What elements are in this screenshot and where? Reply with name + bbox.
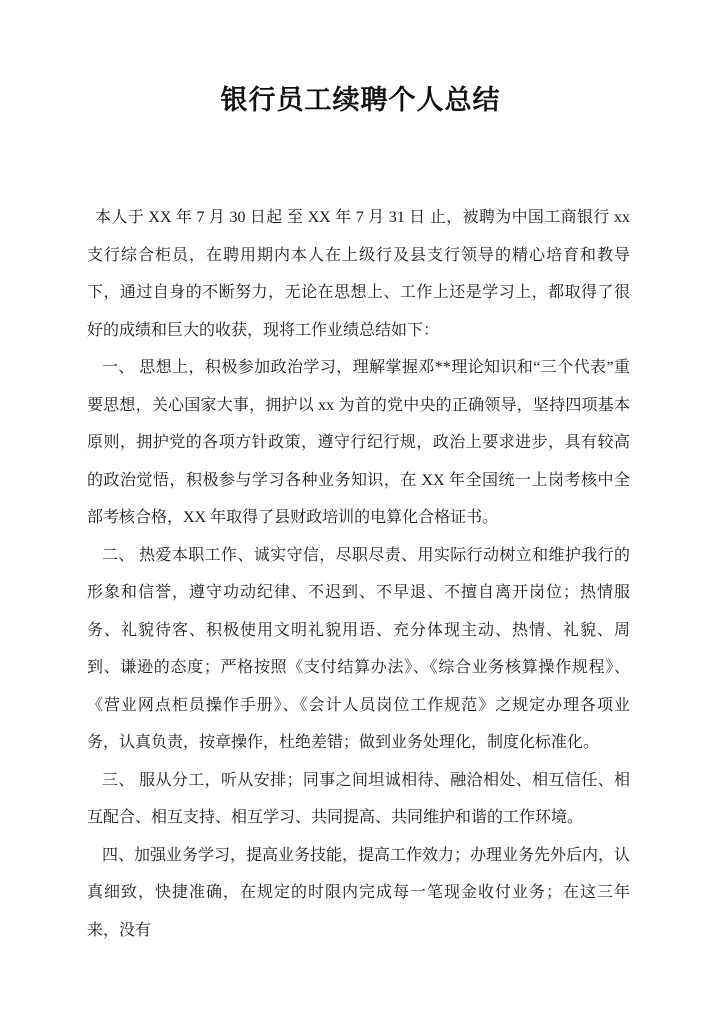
document-body: 本人于 XX 年 7 月 30 日起 至 XX 年 7 月 31 日 止，被聘为…: [87, 199, 630, 949]
paragraph-item-1: 一、 思想上，积极参加政治学习，理解掌握邓**理论知识和“三个代表”重要思想，关…: [87, 349, 630, 537]
paragraph-item-2: 二、 热爱本职工作、诚实守信，尽职尽责、用实际行动树立和维护我行的形象和信誉，遵…: [87, 537, 630, 762]
paragraph-item-3: 三、 服从分工，听从安排；同事之间坦诚相待、融洽相处、相互信任、相互配合、相互支…: [87, 762, 630, 837]
paragraph-intro: 本人于 XX 年 7 月 30 日起 至 XX 年 7 月 31 日 止，被聘为…: [87, 199, 630, 349]
document-title: 银行员工续聘个人总结: [0, 84, 721, 116]
document-page: 银行员工续聘个人总结 本人于 XX 年 7 月 30 日起 至 XX 年 7 月…: [0, 0, 721, 1020]
paragraph-item-4: 四、加强业务学习，提高业务技能，提高工作效力；办理业务先外后内，认真细致，快捷准…: [87, 837, 630, 950]
